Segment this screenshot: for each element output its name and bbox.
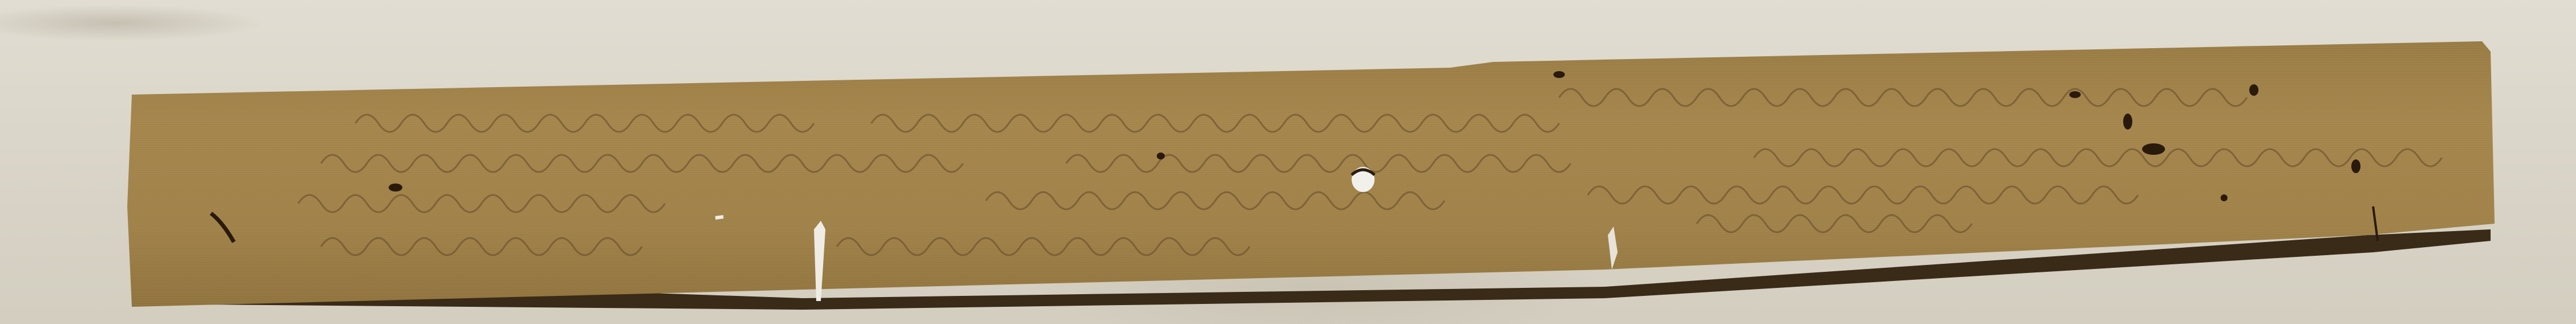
palm-leaf-manuscript xyxy=(0,0,2576,324)
